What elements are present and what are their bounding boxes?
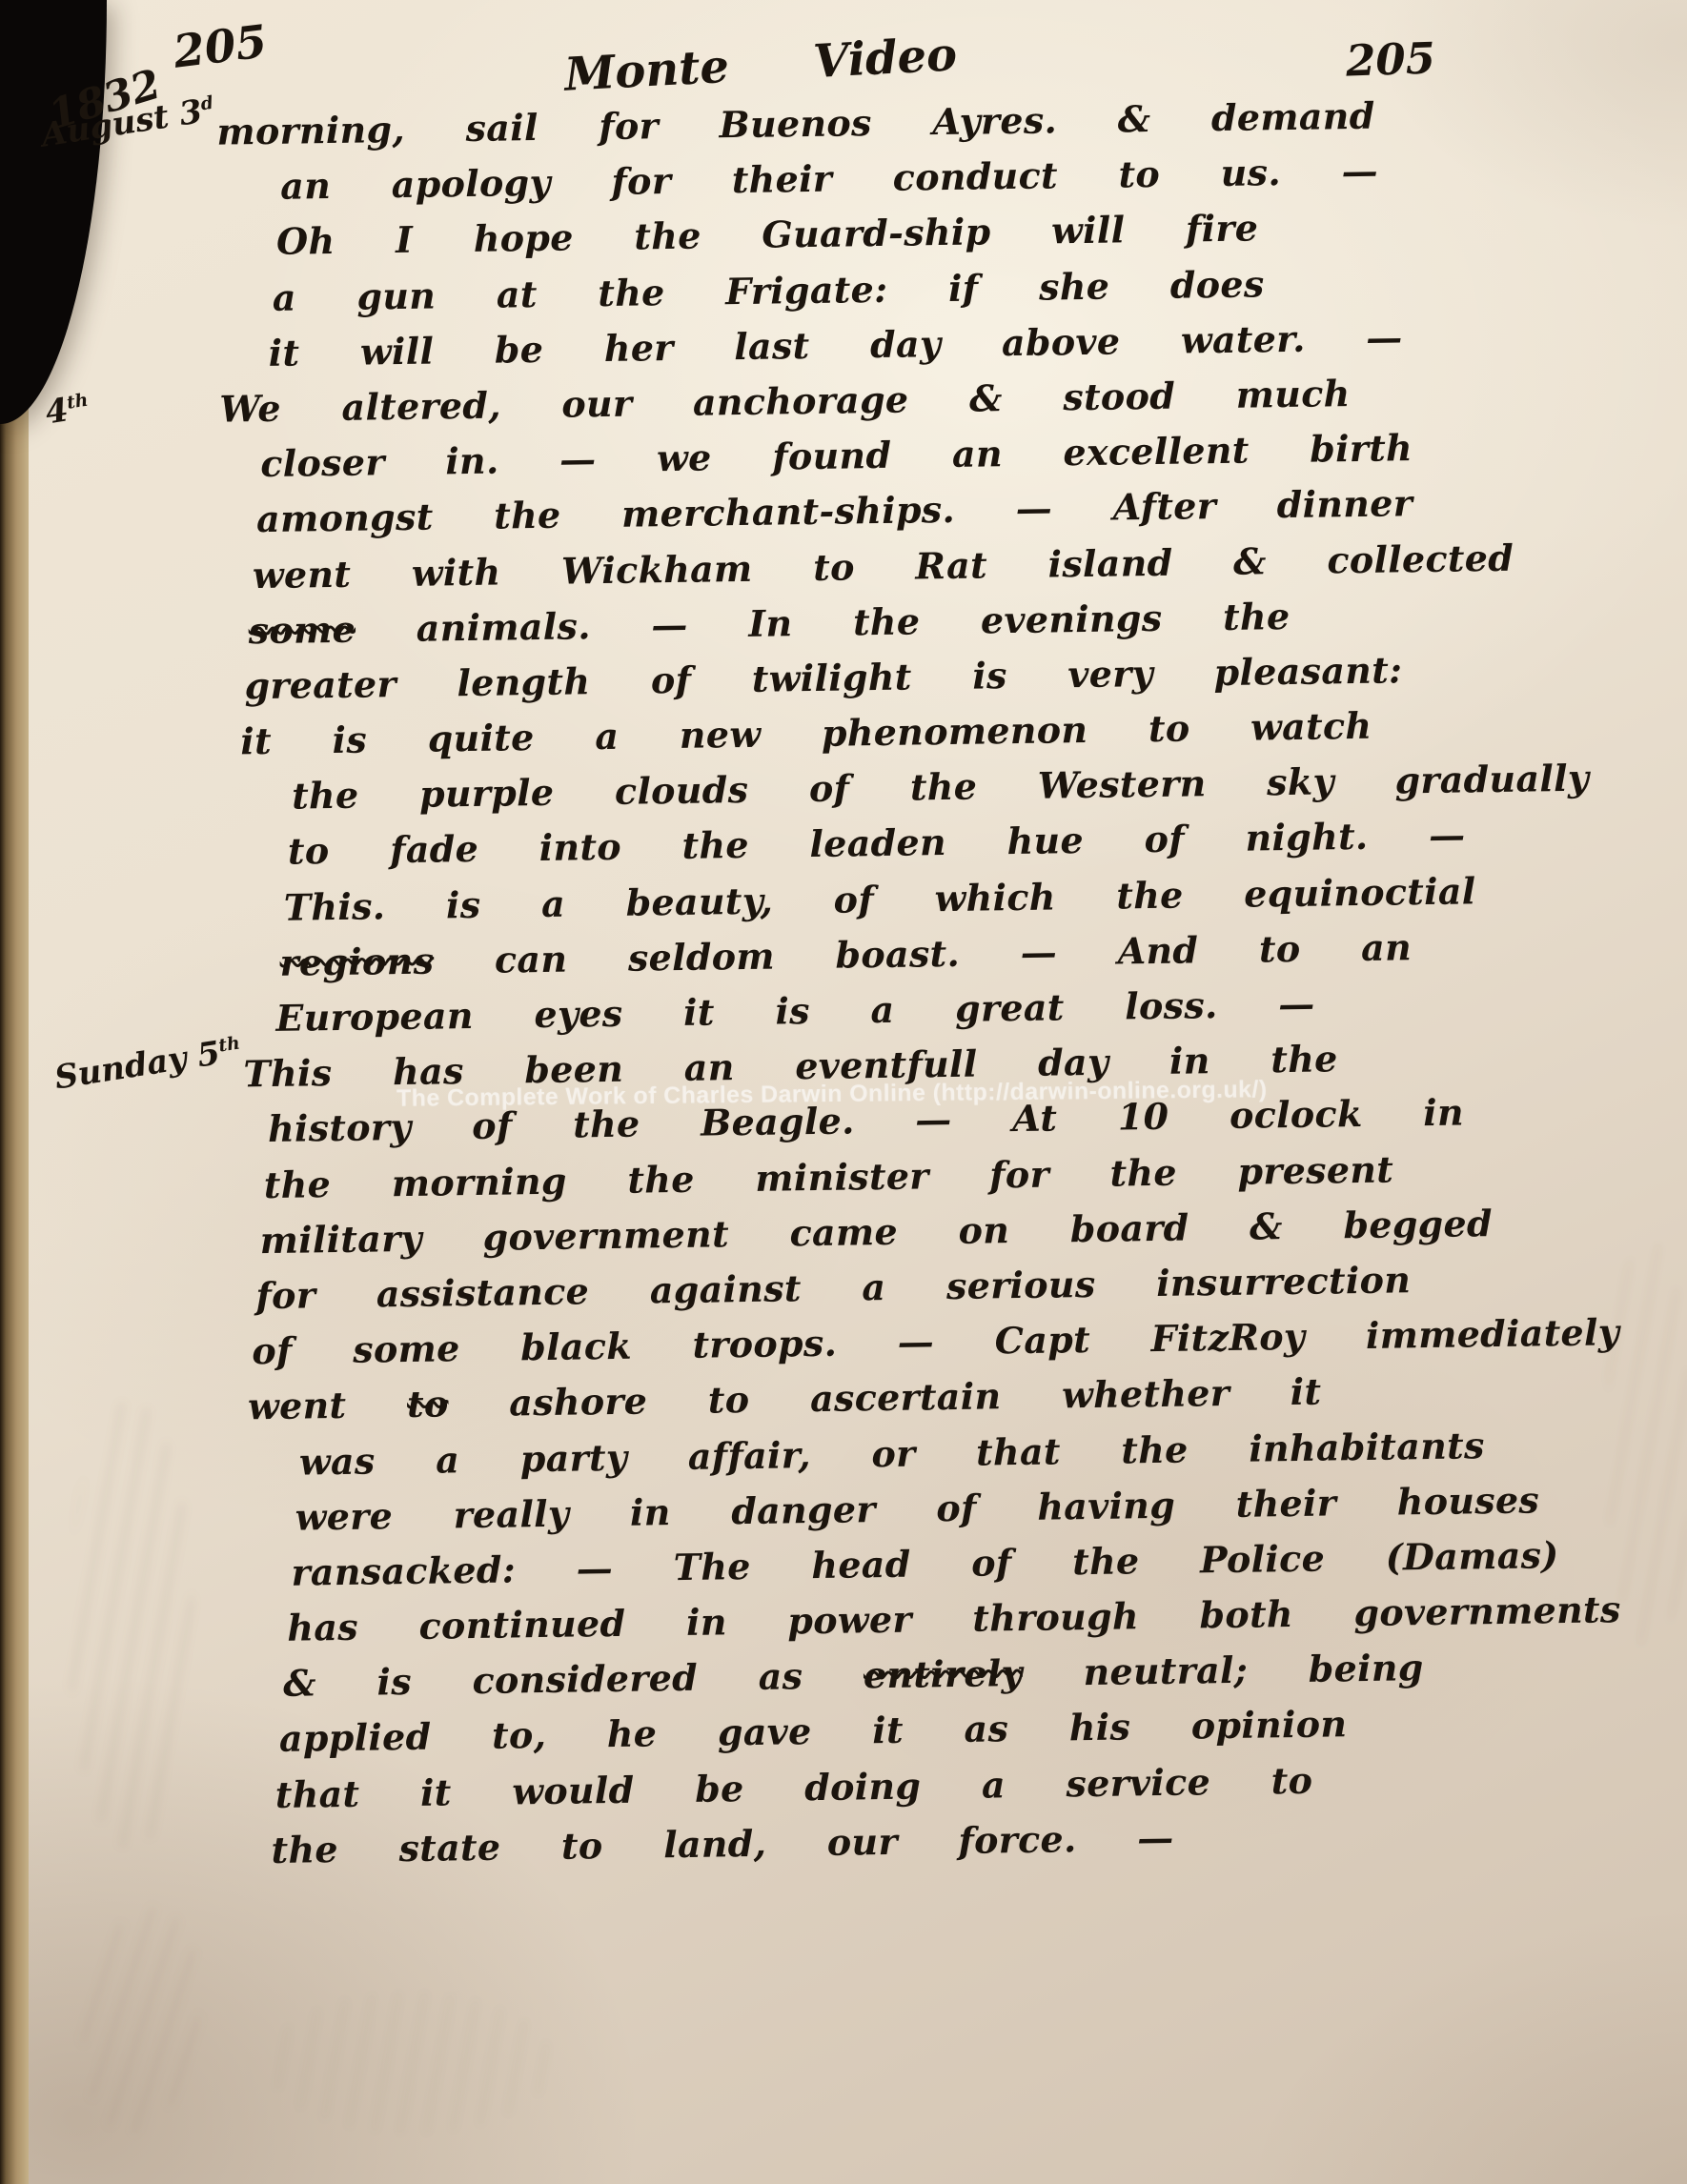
struck-word: to	[407, 1383, 449, 1426]
page-number-right: 205	[1345, 32, 1436, 86]
ink-showthrough	[69, 1899, 213, 2141]
manuscript-lines: August 3dmorning, sail for Buenos Ayres.…	[10, 87, 1687, 1884]
struck-word: regions	[279, 939, 434, 983]
struck-word: entirely	[864, 1651, 1024, 1696]
manuscript-photo: 205 Monte Video 205 1832 August 3dmornin…	[0, 0, 1687, 2184]
ink-showthrough	[267, 1992, 553, 2134]
struck-word: some	[248, 607, 356, 652]
